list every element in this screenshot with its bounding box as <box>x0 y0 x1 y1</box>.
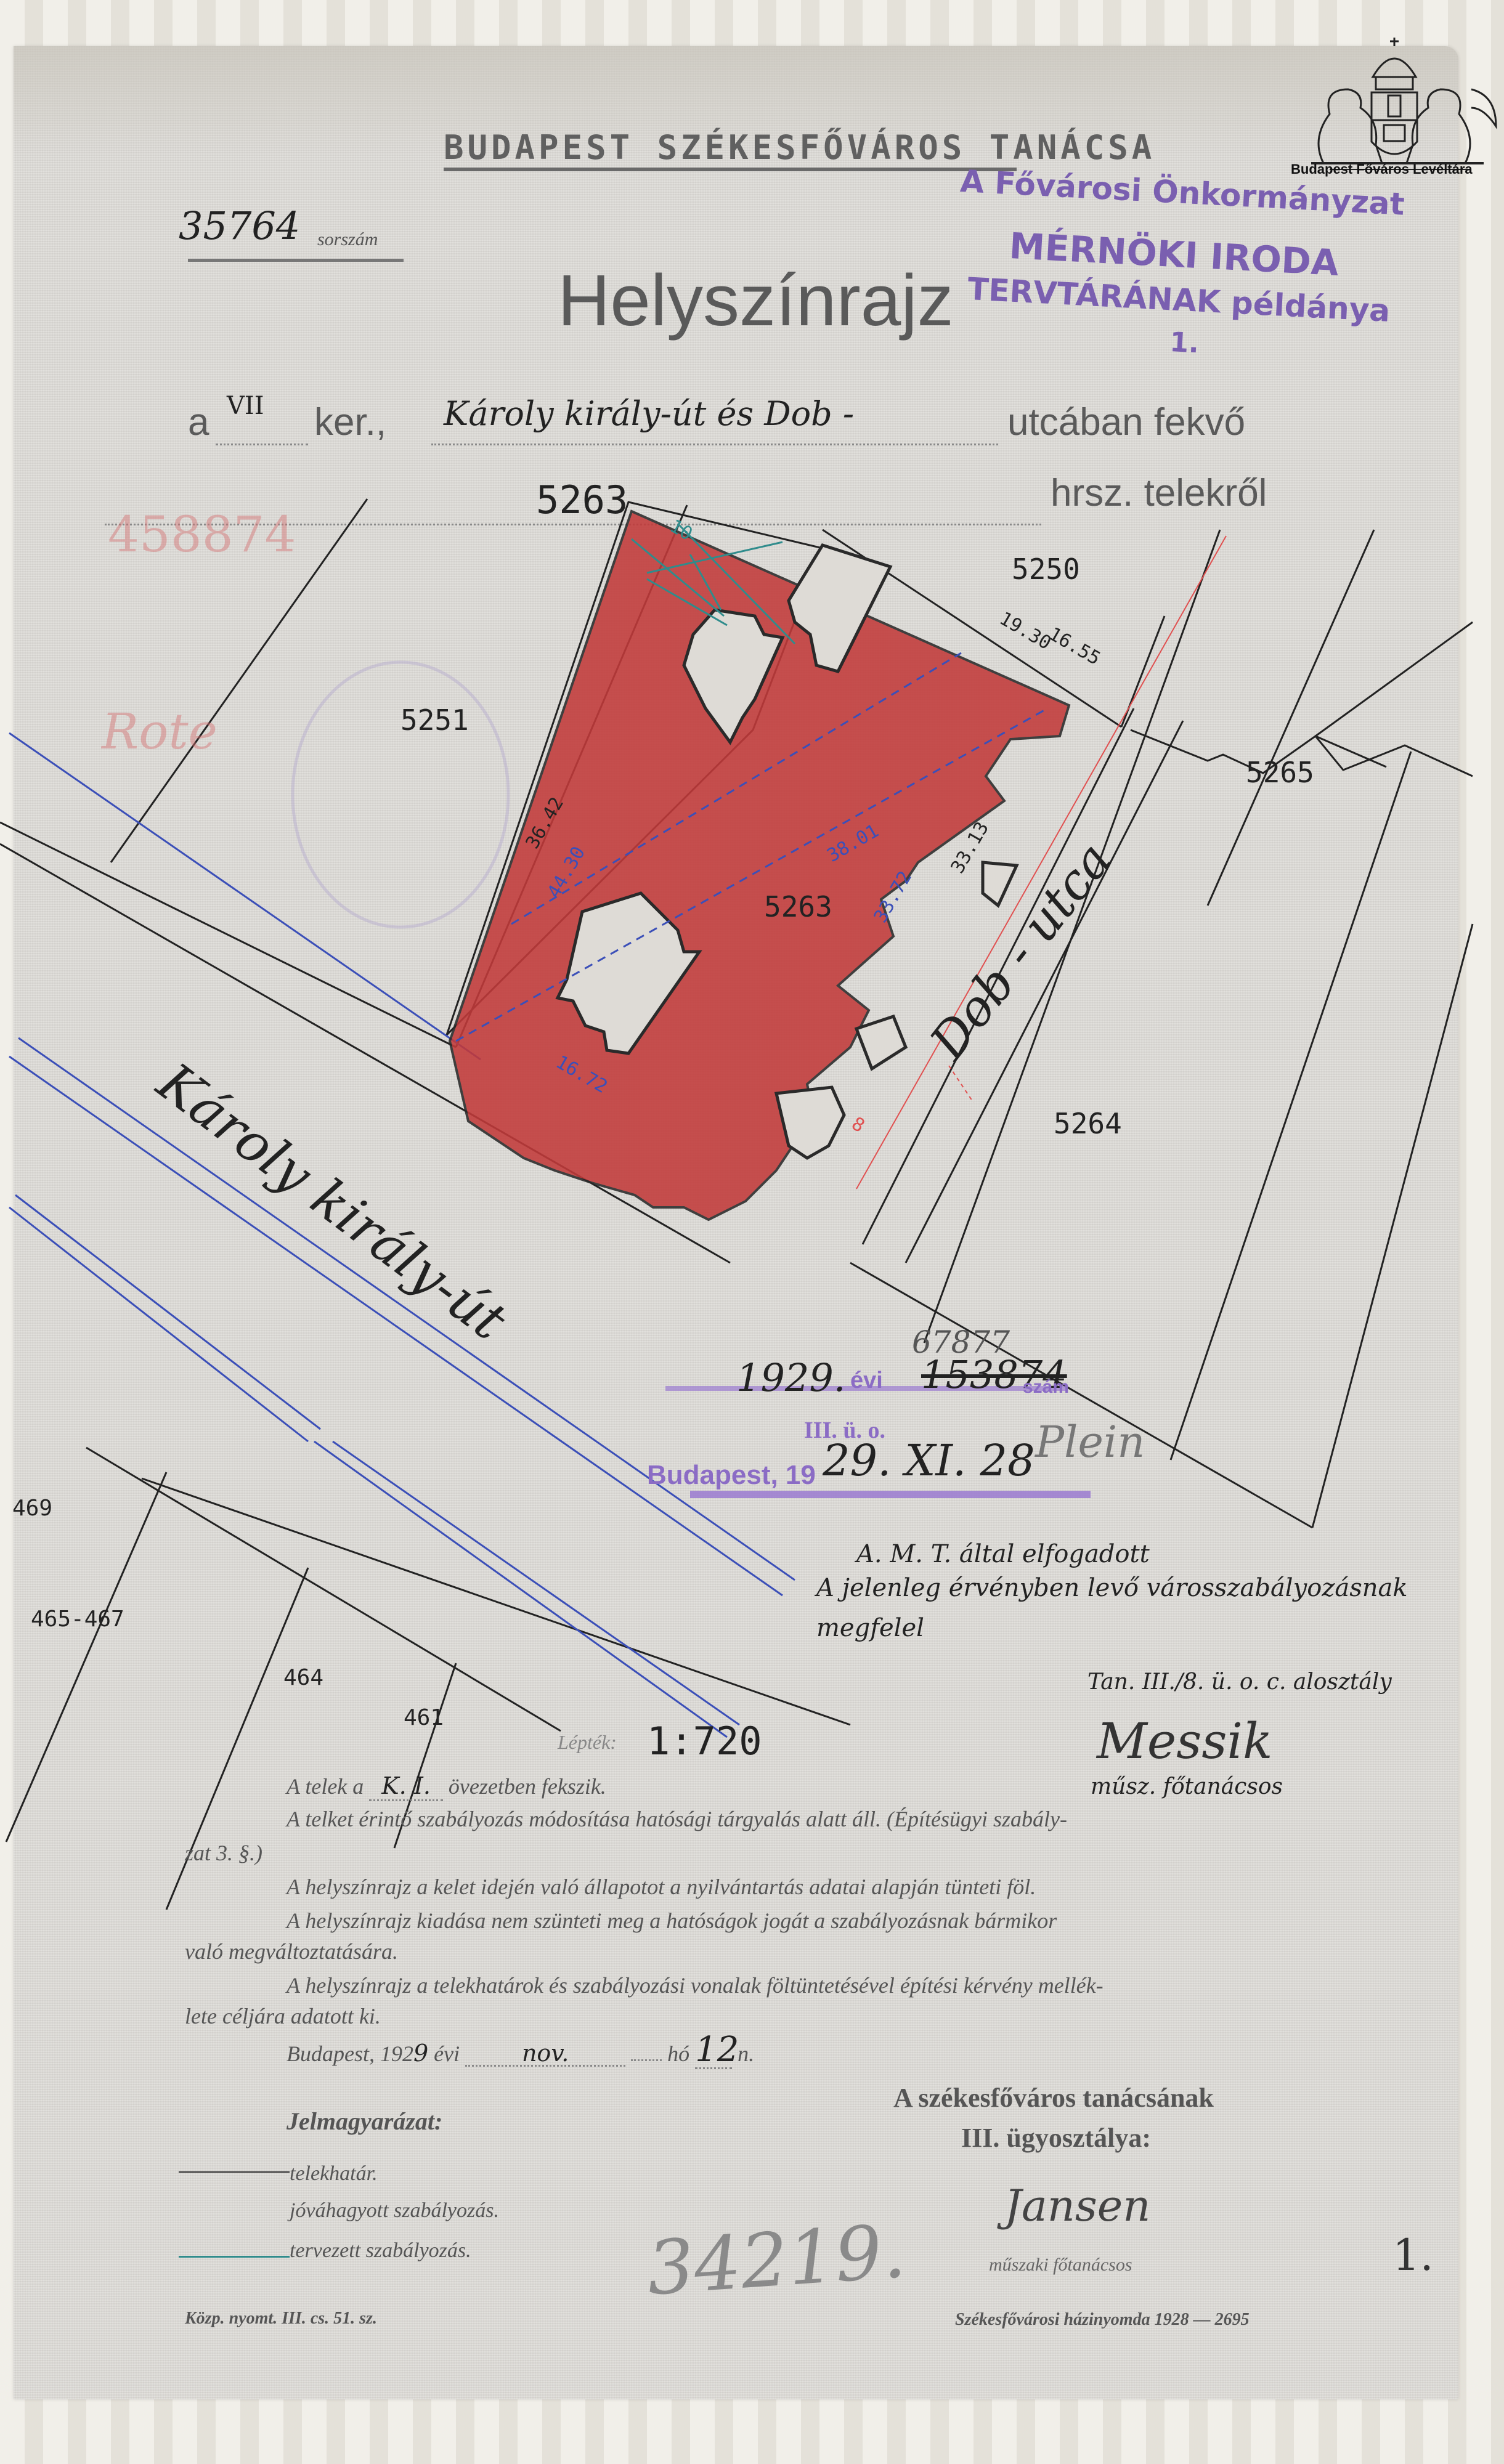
issue-date-line: Budapest, 1929 évi nov. hó 12 n. <box>287 2033 754 2069</box>
approval-signer-title: műsz. főtanácsos <box>1091 1774 1283 1799</box>
condition-4a: A helyszínrajz a telekhatárok és szabály… <box>287 1974 1104 1996</box>
legend-swatch-planned <box>179 2256 290 2258</box>
svg-text:461: 461 <box>404 1705 444 1730</box>
registration-evi: évi <box>850 1368 883 1394</box>
registration-szam: szám <box>1023 1377 1069 1398</box>
scale-label: Lépték: <box>558 1731 617 1754</box>
approval-note-4: Tan. III./8. ü. o. c. alosztály <box>1087 1669 1392 1695</box>
issue-day: 12 <box>695 2033 732 2069</box>
condition-3a: A helyszínrajz kiadása nem szünteti meg … <box>287 1910 1057 1932</box>
issue-n: n. <box>738 2041 754 2066</box>
registration-year: 1929. <box>736 1355 846 1400</box>
zone-prefix: A telek a <box>287 1774 364 1799</box>
zone-suffix: övezetben fekszik. <box>449 1774 606 1799</box>
svg-text:8: 8 <box>848 1113 868 1137</box>
svg-text:5264: 5264 <box>1054 1107 1122 1140</box>
zone-value: K. I. <box>369 1772 443 1801</box>
registration-city: Budapest, 19 <box>647 1460 816 1491</box>
legend-swatch-boundary <box>179 2171 290 2173</box>
registration-date: 29. XI. 28 <box>823 1435 1035 1486</box>
condition-1b: zat 3. §.) <box>185 1842 262 1864</box>
legend-item-boundary: telekhatár. <box>290 2162 378 2186</box>
legend-title: Jelmagyarázat: <box>287 2107 442 2136</box>
condition-1a: A telket érintő szabályozás módosítása h… <box>287 1808 1067 1830</box>
archive-pencil-number: 34219. <box>644 2209 909 2312</box>
svg-text:Rote: Rote <box>100 703 217 760</box>
footer-left: Közp. nyomt. III. cs. 51. sz. <box>185 2309 377 2328</box>
svg-text:5265: 5265 <box>1246 756 1314 789</box>
condition-3b: való megváltoztatására. <box>185 1940 398 1963</box>
svg-text:465-467: 465-467 <box>31 1607 124 1632</box>
issue-month: nov. <box>465 2041 625 2067</box>
condition-4b: lete céljára adatott ki. <box>185 2005 381 2027</box>
issue-year-digit: 9 <box>413 2040 428 2067</box>
issue-ho: hó <box>667 2041 689 2066</box>
signoff-signature: Jansen <box>1004 2181 1150 2231</box>
svg-text:19.30: 19.30 <box>996 608 1055 654</box>
legend-item-approved: jóváhagyott szabályozás. <box>290 2199 499 2223</box>
signoff-line-2: III. ügyosztálya: <box>961 2122 1151 2154</box>
signoff-line-1: A székesfőváros tanácsának <box>893 2082 1214 2113</box>
svg-text:5263: 5263 <box>764 890 832 923</box>
faded-stamp-circle <box>293 662 508 927</box>
registration-signature: Plein <box>1035 1417 1145 1467</box>
issue-date-prefix: Budapest, 192 <box>287 2041 413 2066</box>
svg-text:5250: 5250 <box>1012 553 1080 586</box>
svg-text:469: 469 <box>12 1496 52 1521</box>
legend-item-planned: tervezett szabályozás. <box>290 2239 471 2263</box>
signoff-title: műszaki főtanácsos <box>989 2255 1132 2276</box>
zone-line: A telek a K. I. övezetben fekszik. <box>287 1774 606 1797</box>
approval-note-3: megfelel <box>816 1614 924 1642</box>
registration-date-underline <box>690 1491 1091 1498</box>
svg-text:16.55: 16.55 <box>1045 623 1104 670</box>
condition-2: A helyszínrajz a kelet idején való állap… <box>287 1876 1036 1898</box>
footer-right: Székesfővárosi házinyomda 1928 — 2695 <box>955 2310 1250 2330</box>
issue-evi: évi <box>434 2041 460 2066</box>
built-area <box>450 511 1069 1220</box>
issue-date-dots <box>631 2059 662 2061</box>
site-plan-map: 19.30 16.55 44.30 36.42 38.01 33.72 33.1… <box>0 0 1504 2464</box>
scale-value: 1:720 <box>647 1719 762 1764</box>
svg-text:5251: 5251 <box>400 703 469 737</box>
svg-text:464: 464 <box>283 1665 323 1690</box>
margin-mark: 1. <box>1392 2230 1434 2280</box>
svg-text:458874: 458874 <box>108 506 296 563</box>
approval-note-2: A jelenleg érvényben levő városszabályoz… <box>816 1574 1408 1602</box>
approval-note-1: A. M. T. által elfogadott <box>856 1540 1150 1568</box>
approval-signature: Messik <box>1097 1712 1272 1770</box>
